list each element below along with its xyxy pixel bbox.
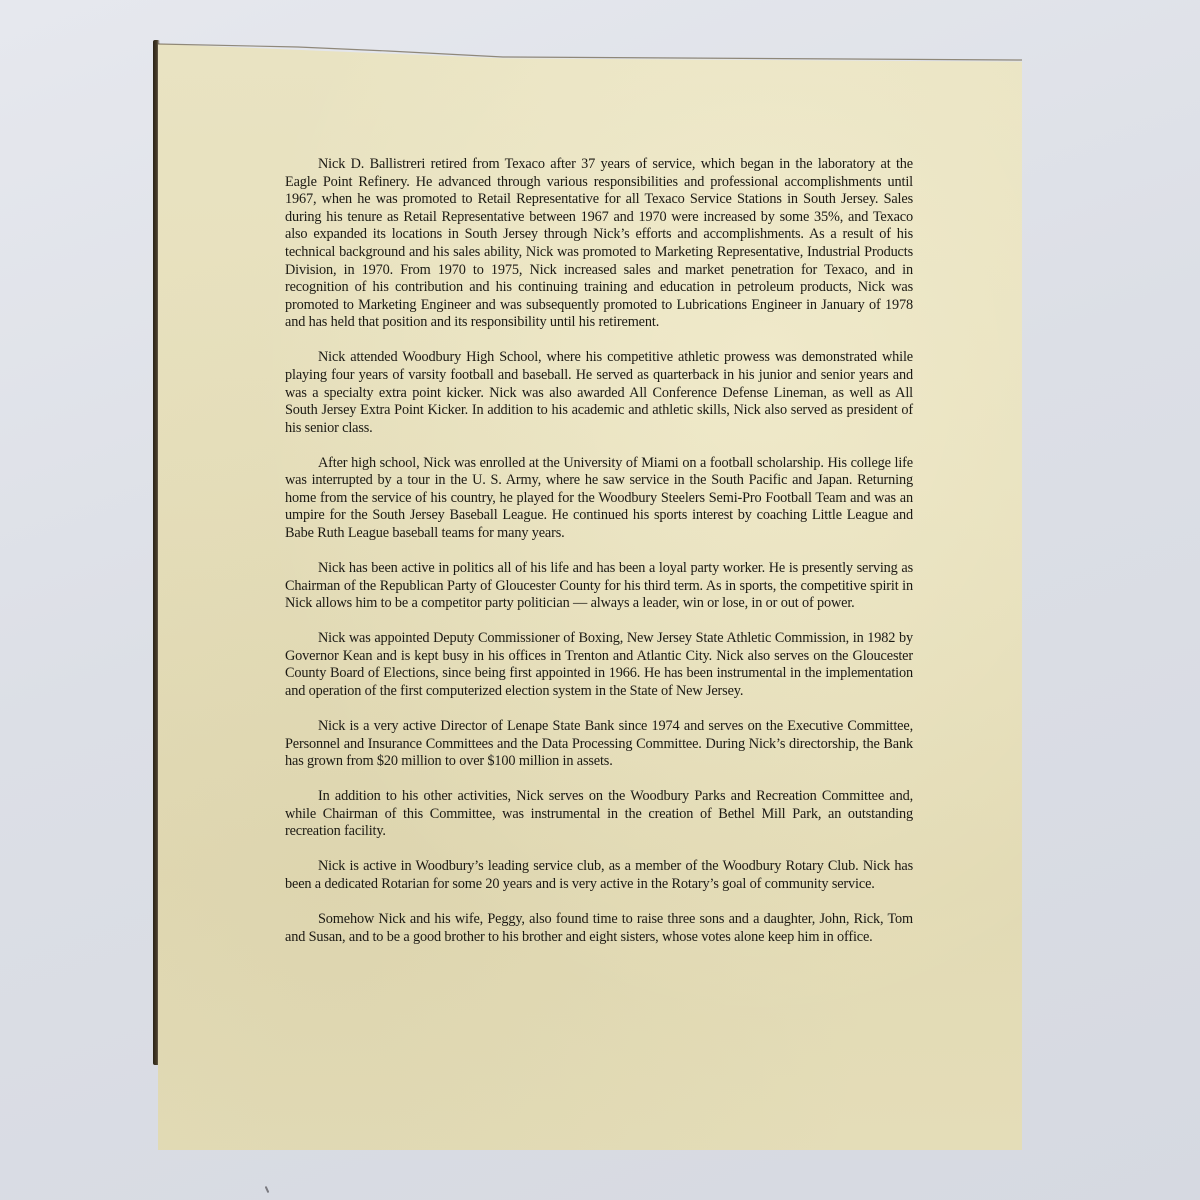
background-speck — [265, 1186, 270, 1193]
paragraph-family: Somehow Nick and his wife, Peggy, also f… — [285, 911, 913, 946]
paragraph-college-army: After high school, Nick was enrolled at … — [285, 455, 913, 543]
biography-text: Nick D. Ballistreri retired from Texaco … — [285, 156, 913, 963]
paragraph-rotary: Nick is active in Woodbury’s leading ser… — [285, 858, 913, 893]
paragraph-parks-recreation: In addition to his other activities, Nic… — [285, 788, 913, 841]
paragraph-bank-director: Nick is a very active Director of Lenape… — [285, 718, 913, 771]
paragraph-boxing-commission: Nick was appointed Deputy Commissioner o… — [285, 630, 913, 700]
paragraph-politics: Nick has been active in politics all of … — [285, 560, 913, 613]
paragraph-high-school: Nick attended Woodbury High School, wher… — [285, 349, 913, 437]
paragraph-career: Nick D. Ballistreri retired from Texaco … — [285, 156, 913, 332]
